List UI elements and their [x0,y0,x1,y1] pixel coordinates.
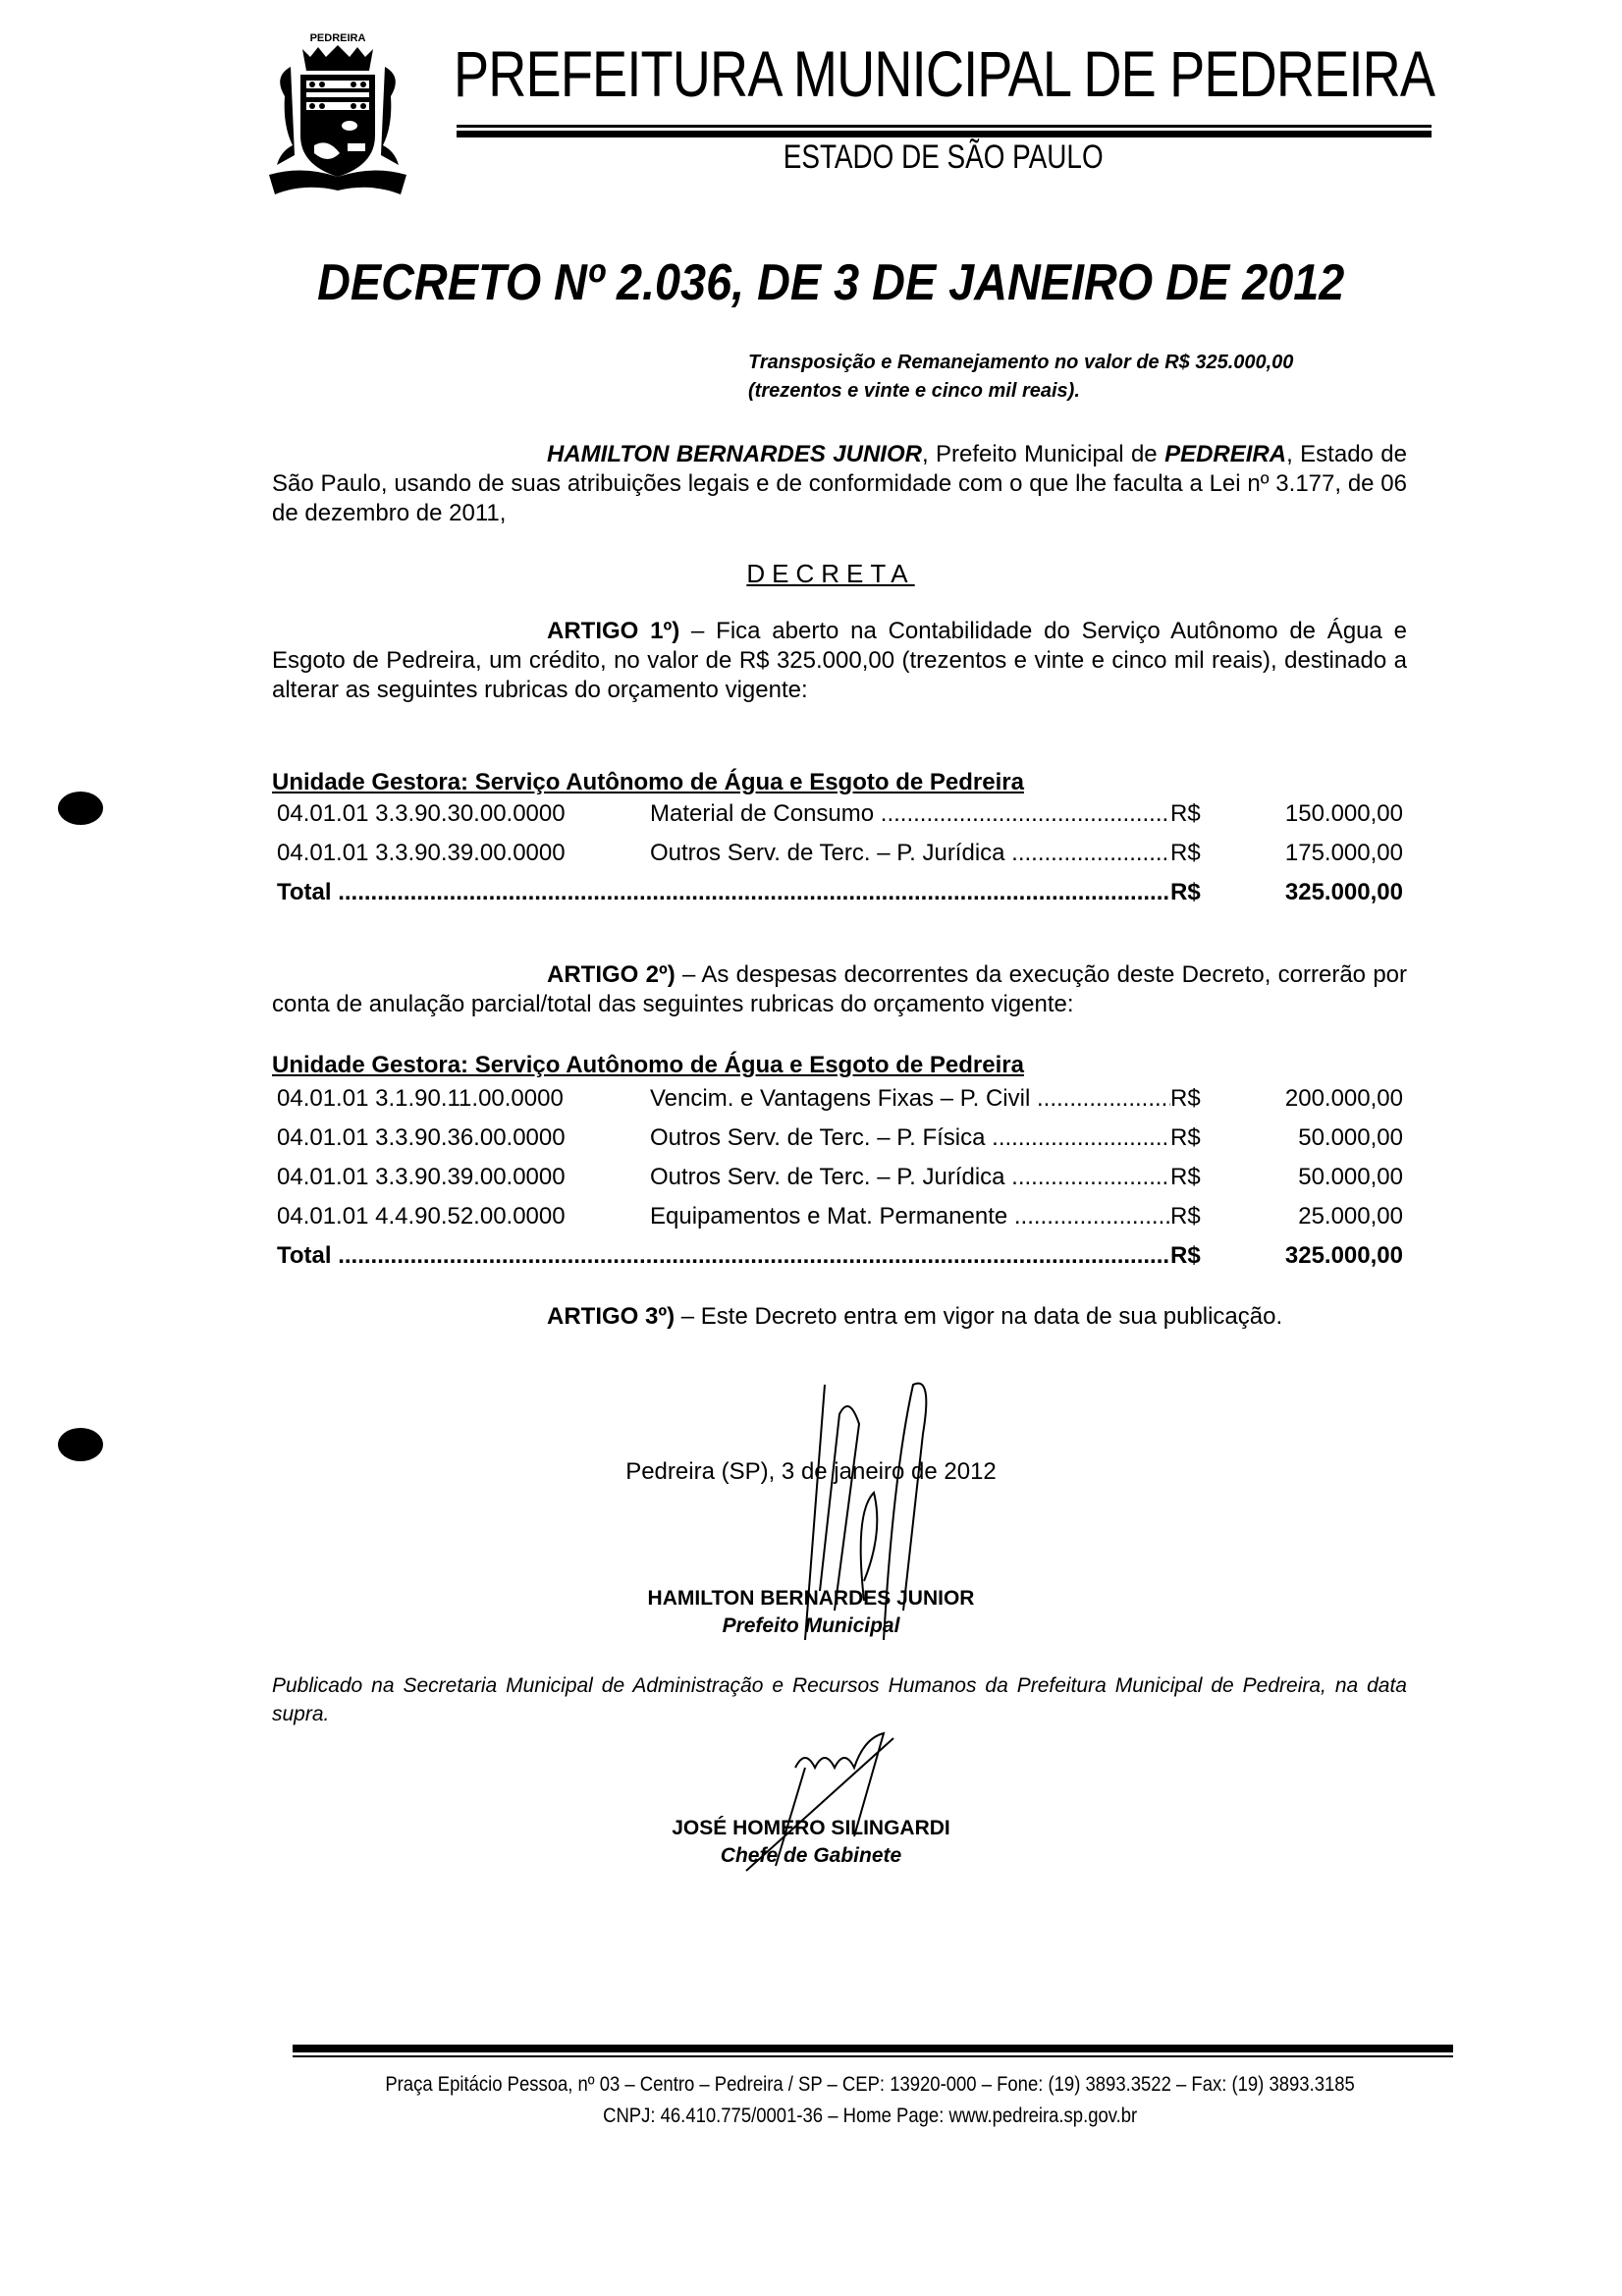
table-row: 04.01.01 3.3.90.36.00.0000Outros Serv. d… [277,1121,1408,1155]
chief-signatory-name: JOSÉ HOMERO SILINGARDI [0,1815,1622,1842]
amount: 50.000,00 [1298,1161,1403,1194]
budget-description: Vencim. e Vantagens Fixas – P. Civil [650,1082,1170,1116]
footer-divider [293,2045,1453,2052]
article-text: – Fica aberto na Contabilidade do Serviç… [272,618,1407,703]
budget-description: Outros Serv. de Terc. – P. Física [650,1121,1170,1155]
mayor-signatory-name: HAMILTON BERNARDES JUNIOR [0,1585,1622,1613]
decree-title-text: DECRETO Nº 2.036, DE 3 DE JANEIRO DE 201… [317,253,1344,312]
punch-hole [58,1428,103,1461]
budget-description: Outros Serv. de Terc. – P. Jurídica [650,837,1170,870]
table-total-row: TotalR$325.000,00 [277,876,1408,909]
article-label: ARTIGO 2º) [547,961,676,988]
article-3: ARTIGO 3º) – Este Decreto entra em vigor… [547,1302,1431,1332]
budget-code: 04.01.01 3.3.90.30.00.0000 [277,797,566,831]
currency: R$ [1170,837,1201,870]
table-1-unit-header: Unidade Gestora: Serviço Autônomo de Águ… [272,768,1024,797]
institution-subtitle: ESTADO DE SÃO PAULO [0,137,1622,177]
table-2-unit-header: Unidade Gestora: Serviço Autônomo de Águ… [272,1051,1024,1080]
table-row: 04.01.01 4.4.90.52.00.0000Equipamentos e… [277,1200,1408,1233]
header-divider [457,125,1432,128]
article-text: – As despesas decorrentes da execução de… [272,961,1407,1017]
place-date: Pedreira (SP), 3 de janeiro de 2012 [0,1457,1622,1487]
article-label: ARTIGO 3º) [547,1303,675,1330]
article-2: ARTIGO 2º) – As despesas decorrentes da … [272,960,1407,1019]
budget-code: 04.01.01 4.4.90.52.00.0000 [277,1200,566,1233]
total-amount: 325.000,00 [1285,1239,1403,1273]
table-row: 04.01.01 3.3.90.39.00.0000Outros Serv. d… [277,837,1408,870]
preamble: HAMILTON BERNARDES JUNIOR, Prefeito Muni… [272,440,1407,528]
header-divider [457,131,1432,137]
summary-line: (trezentos e vinte e cinco mil reais). [748,377,1416,406]
footer-contact: CNPJ: 46.410.775/0001-36 – Home Page: ww… [0,2102,1622,2131]
chief-signatory-role: Chefe de Gabinete [0,1842,1622,1870]
article-text: – Este Decreto entra em vigor na data de… [675,1303,1282,1330]
decree-title: DECRETO Nº 2.036, DE 3 DE JANEIRO DE 201… [0,253,1622,312]
mayor-name-inline: HAMILTON BERNARDES JUNIOR [547,441,922,467]
total-label: Total [277,1239,1170,1273]
footer-address: Praça Epitácio Pessoa, nº 03 – Centro – … [0,2070,1622,2100]
budget-code: 04.01.01 3.3.90.39.00.0000 [277,1161,566,1194]
budget-code: 04.01.01 3.3.90.36.00.0000 [277,1121,566,1155]
budget-code: 04.01.01 3.1.90.11.00.0000 [277,1082,564,1116]
address-text: Praça Epitácio Pessoa, nº 03 – Centro – … [385,2070,1355,2100]
article-label: ARTIGO 1º) [547,618,679,644]
state-name: ESTADO DE SÃO PAULO [784,137,1104,177]
mayor-signatory-role: Prefeito Municipal [0,1613,1622,1640]
currency: R$ [1170,876,1201,909]
amount: 25.000,00 [1298,1200,1403,1233]
budget-description: Equipamentos e Mat. Permanente [650,1200,1170,1233]
contact-text: CNPJ: 46.410.775/0001-36 – Home Page: ww… [603,2102,1137,2131]
amount: 150.000,00 [1285,797,1403,831]
total-amount: 325.000,00 [1285,876,1403,909]
table-row: 04.01.01 3.1.90.11.00.0000Vencim. e Vant… [277,1082,1408,1116]
article-1: ARTIGO 1º) – Fica aberto na Contabilidad… [272,617,1407,705]
currency: R$ [1170,1200,1201,1233]
currency: R$ [1170,1082,1201,1116]
table-row: 04.01.01 3.3.90.30.00.0000Material de Co… [277,797,1408,831]
amount: 50.000,00 [1298,1121,1403,1155]
budget-code: 04.01.01 3.3.90.39.00.0000 [277,837,566,870]
amount: 200.000,00 [1285,1082,1403,1116]
punch-hole [58,792,103,825]
budget-description: Material de Consumo [650,797,1170,831]
decreta-heading: DECRETA [0,558,1622,589]
publication-note: Publicado na Secretaria Municipal de Adm… [272,1671,1407,1728]
decree-summary: Transposição e Remanejamento no valor de… [748,349,1416,406]
city-name-inline: PEDREIRA [1164,441,1286,467]
currency: R$ [1170,797,1201,831]
institution-title: PREFEITURA MUNICIPAL DE PEDREIRA [454,39,1434,108]
total-label: Total [277,876,1170,909]
footer-divider [293,2055,1453,2057]
table-row: 04.01.01 3.3.90.39.00.0000Outros Serv. d… [277,1161,1408,1194]
currency: R$ [1170,1239,1201,1273]
summary-line: Transposição e Remanejamento no valor de… [748,349,1416,377]
amount: 175.000,00 [1285,837,1403,870]
currency: R$ [1170,1121,1201,1155]
svg-text:PEDREIRA: PEDREIRA [310,32,366,44]
preamble-text: , Prefeito Municipal de [922,441,1164,467]
currency: R$ [1170,1161,1201,1194]
table-total-row: TotalR$325.000,00 [277,1239,1408,1273]
budget-description: Outros Serv. de Terc. – P. Jurídica [650,1161,1170,1194]
